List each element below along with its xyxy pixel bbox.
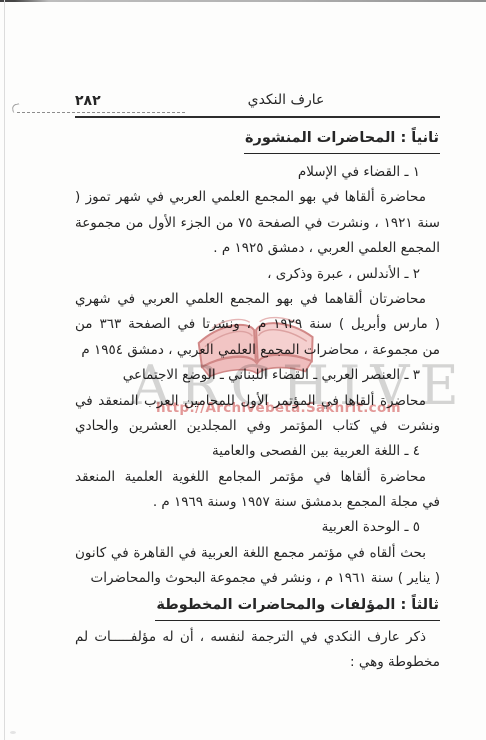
scan-left-edge-line (4, 0, 5, 740)
page-header: ٢٨٢ عارف النكدي (0, 0, 486, 126)
header-rule (75, 116, 440, 118)
text-line: بحث ألقاه في مؤتمر مجمع اللغة العربية في… (75, 541, 440, 566)
section-heading-row: ثالثاً : المؤلفات والمحاضرات المخطوطة (75, 592, 440, 625)
text-line: ونشرت في كتاب المؤتمر وفي المجلدين العشر… (75, 414, 440, 439)
section-heading-manuscripts: ثالثاً : المؤلفات والمحاضرات المخطوطة (155, 595, 440, 621)
text-line: ( يناير ) سنة ١٩٦١ م ، ونشر في مجموعة ال… (75, 566, 440, 591)
text-line: في مجلة المجمع بدمشق سنة ١٩٥٧ وسنة ١٩٦٩ … (75, 490, 440, 515)
section-heading-row: ثانياً : المحاضرات المنشورة (75, 127, 440, 160)
text-line: مخطوطة وهي : (75, 650, 440, 675)
text-line: المجمع العلمي العربي ، دمشق ١٩٢٥ م . (75, 236, 440, 261)
item-title-5: ٥ ـ الوحدة العربية (75, 515, 440, 540)
text-line: ذكر عارف النكدي في الترجمة لنفسه ، أن له… (75, 625, 440, 650)
text-line: محاضرتان ألقاهما في بهو المجمع العلمي ال… (75, 287, 440, 312)
scan-speck (10, 731, 16, 734)
item-title-4: ٤ ـ اللغة العربية بين الفصحى والعامية (75, 439, 440, 464)
scan-top-edge-line (0, 0, 486, 2)
section-heading-published-lectures: ثانياً : المحاضرات المنشورة (244, 128, 440, 154)
running-title: عارف النكدي (238, 92, 334, 108)
text-line: محاضرة ألقاها في مؤتمر المجامع اللغوية ا… (75, 465, 440, 490)
page-number: ٢٨٢ (75, 93, 101, 109)
scan-artifact-dashes (17, 112, 185, 113)
watermark-url-text: http://Archivebeta.Sakhrit.com (156, 400, 401, 416)
item-title-1: ١ ـ القضاء في الإسلام (75, 160, 440, 185)
scanned-book-page: ٢٨٢ عارف النكدي ثانياً : المحاضرات المنش… (0, 0, 486, 740)
text-line: سنة ١٩٢١ ، ونشرت في الصفحة ٧٥ من الجزء ا… (75, 211, 440, 236)
text-line: محاضرة ألقاها في بهو المجمع العلمي العرب… (75, 185, 440, 210)
item-title-2: ٢ ـ الأندلس ، عبرة وذكرى ، (75, 262, 440, 287)
